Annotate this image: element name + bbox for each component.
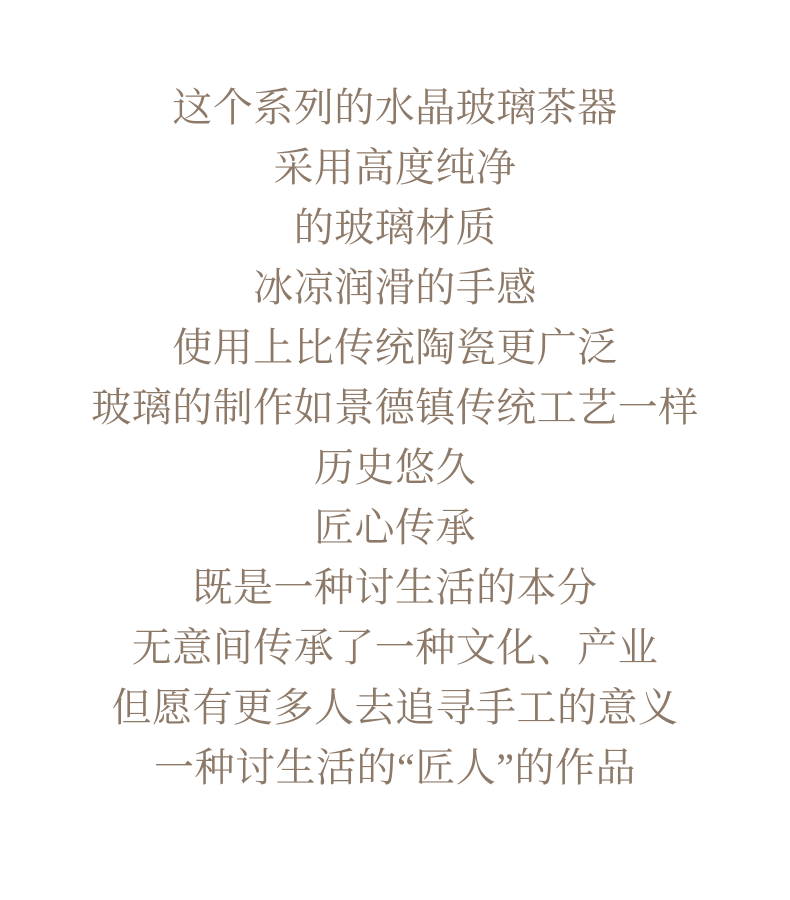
- description-line: 的玻璃材质: [0, 198, 790, 258]
- product-description-page: 这个系列的水晶玻璃茶器 采用高度纯净 的玻璃材质 冰凉润滑的手感 使用上比传统陶…: [0, 0, 790, 900]
- description-line: 无意间传承了一种文化、产业: [0, 618, 790, 678]
- description-line: 既是一种讨生活的本分: [0, 558, 790, 618]
- description-line: 但愿有更多人去追寻手工的意义: [0, 678, 790, 738]
- product-description-text-block: 这个系列的水晶玻璃茶器 采用高度纯净 的玻璃材质 冰凉润滑的手感 使用上比传统陶…: [0, 78, 790, 798]
- description-line: 匠心传承: [0, 498, 790, 558]
- description-line: 采用高度纯净: [0, 138, 790, 198]
- description-line: 冰凉润滑的手感: [0, 258, 790, 318]
- description-line: 一种讨生活的“匠人”的作品: [0, 738, 790, 798]
- description-line: 历史悠久: [0, 438, 790, 498]
- description-line: 玻璃的制作如景德镇传统工艺一样: [0, 378, 790, 438]
- description-line: 使用上比传统陶瓷更广泛: [0, 318, 790, 378]
- description-line: 这个系列的水晶玻璃茶器: [0, 78, 790, 138]
